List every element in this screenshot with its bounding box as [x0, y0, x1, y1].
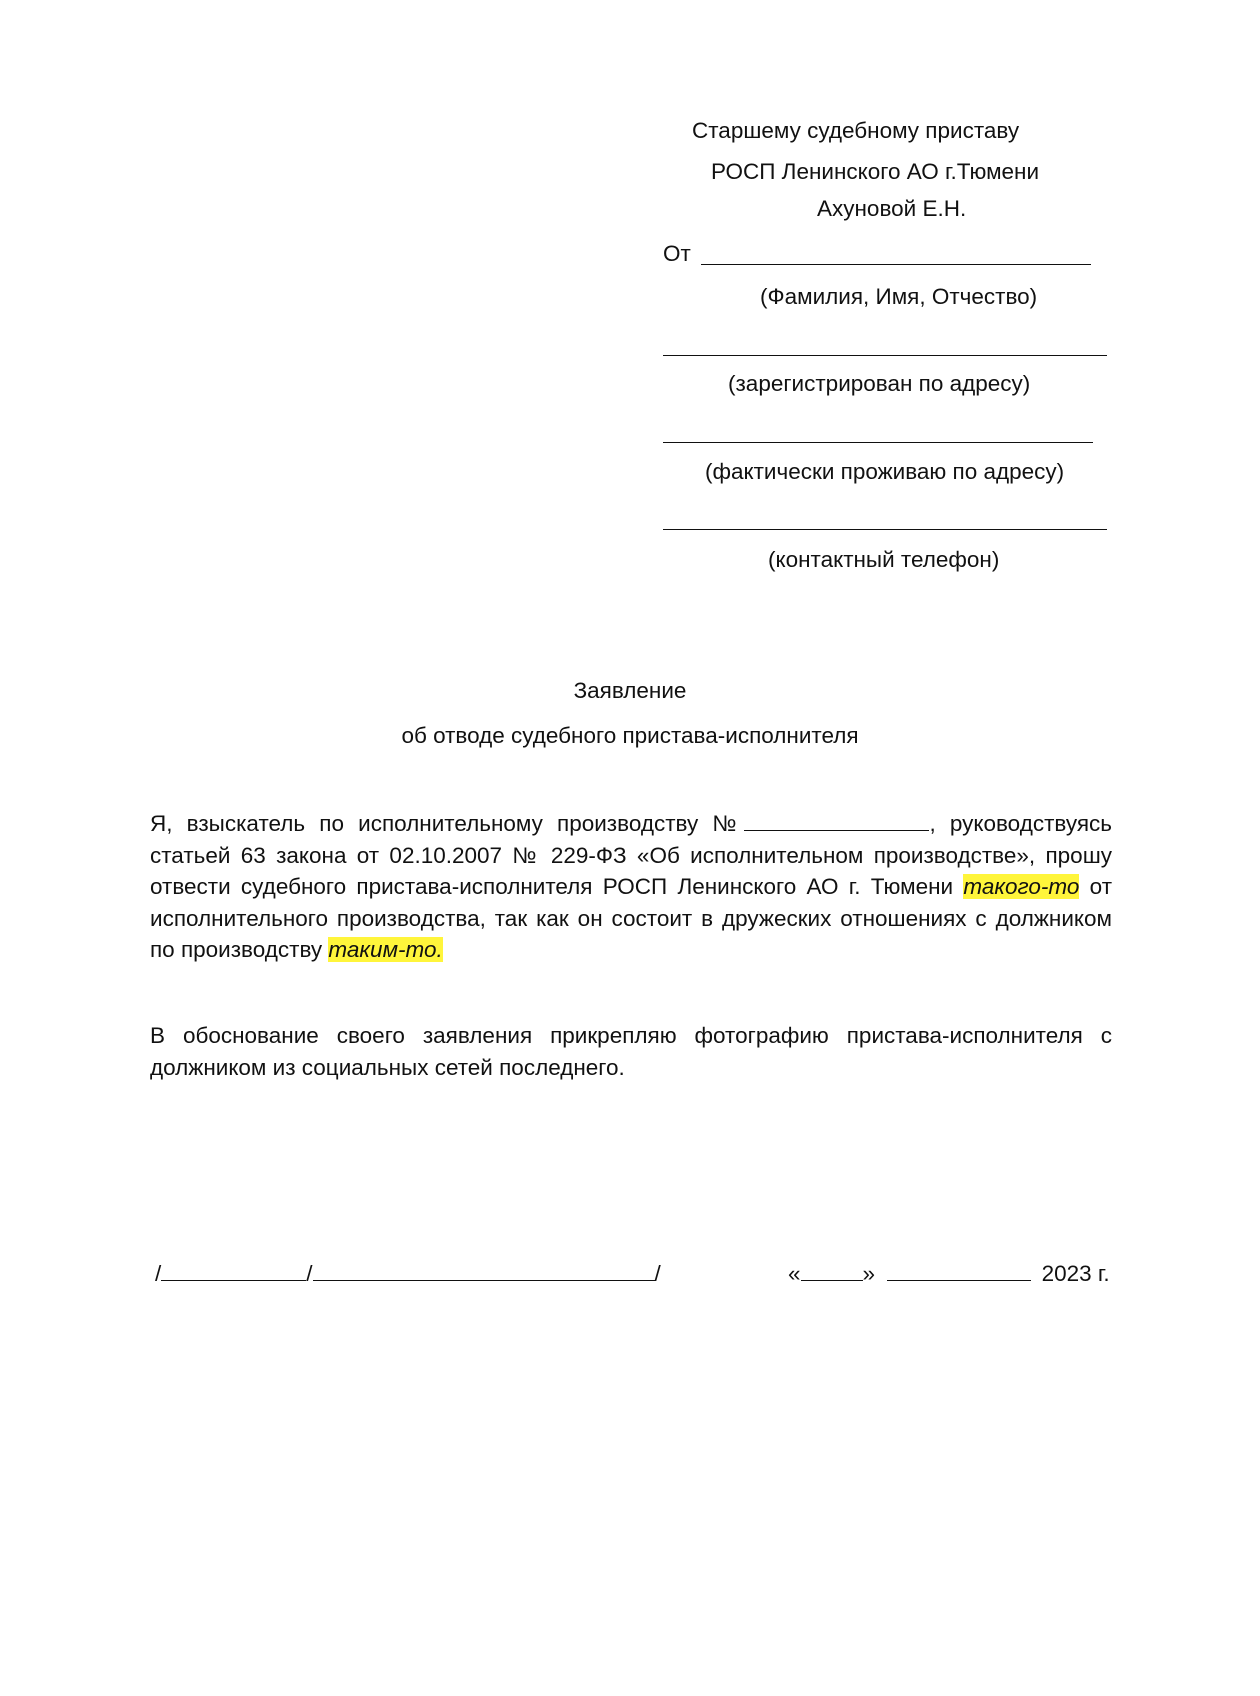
from-label: От [663, 243, 691, 266]
day-blank[interactable] [801, 1262, 863, 1281]
month-blank[interactable] [887, 1262, 1031, 1281]
full-name-blank[interactable] [313, 1262, 655, 1281]
year-text: 2023 г. [1042, 1261, 1110, 1286]
registered-address-line[interactable] [663, 355, 1107, 356]
body-paragraph-1: Я, взыскатель по исполнительному произво… [150, 808, 1112, 966]
date-open-quote: « [788, 1261, 801, 1286]
addressee-line-1: Старшему судебному приставу [692, 120, 1019, 143]
highlight-bailiff-name: такого-то [963, 874, 1079, 899]
p1-text-1: Я, взыскатель по исполнительному произво… [150, 811, 744, 836]
phone-line[interactable] [663, 529, 1107, 530]
name-field-line[interactable] [701, 264, 1091, 265]
actual-address-caption: (фактически проживаю по адресу) [705, 461, 1064, 484]
date-block: «» 2023 г. [788, 1262, 1110, 1286]
document-subtitle: об отводе судебного пристава-исполнителя [0, 725, 1260, 748]
actual-address-line[interactable] [663, 442, 1093, 443]
document-title: Заявление [0, 680, 1260, 703]
highlight-debtor-name: таким-то. [328, 937, 442, 962]
phone-caption: (контактный телефон) [768, 549, 999, 572]
signature-blank[interactable] [161, 1262, 306, 1281]
proceeding-number-blank[interactable] [744, 812, 929, 831]
body-paragraph-2: В обоснование своего заявления прикрепля… [150, 1020, 1112, 1083]
name-field-caption: (Фамилия, Имя, Отчество) [760, 286, 1037, 309]
slash-3: / [655, 1261, 661, 1286]
date-close-quote: » [863, 1261, 876, 1286]
addressee-line-3: Ахуновой Е.Н. [817, 198, 966, 221]
addressee-line-2: РОСП Ленинского АО г.Тюмени [711, 161, 1039, 184]
registered-address-caption: (зарегистрирован по адресу) [728, 373, 1030, 396]
signature-block: /// [155, 1262, 661, 1286]
